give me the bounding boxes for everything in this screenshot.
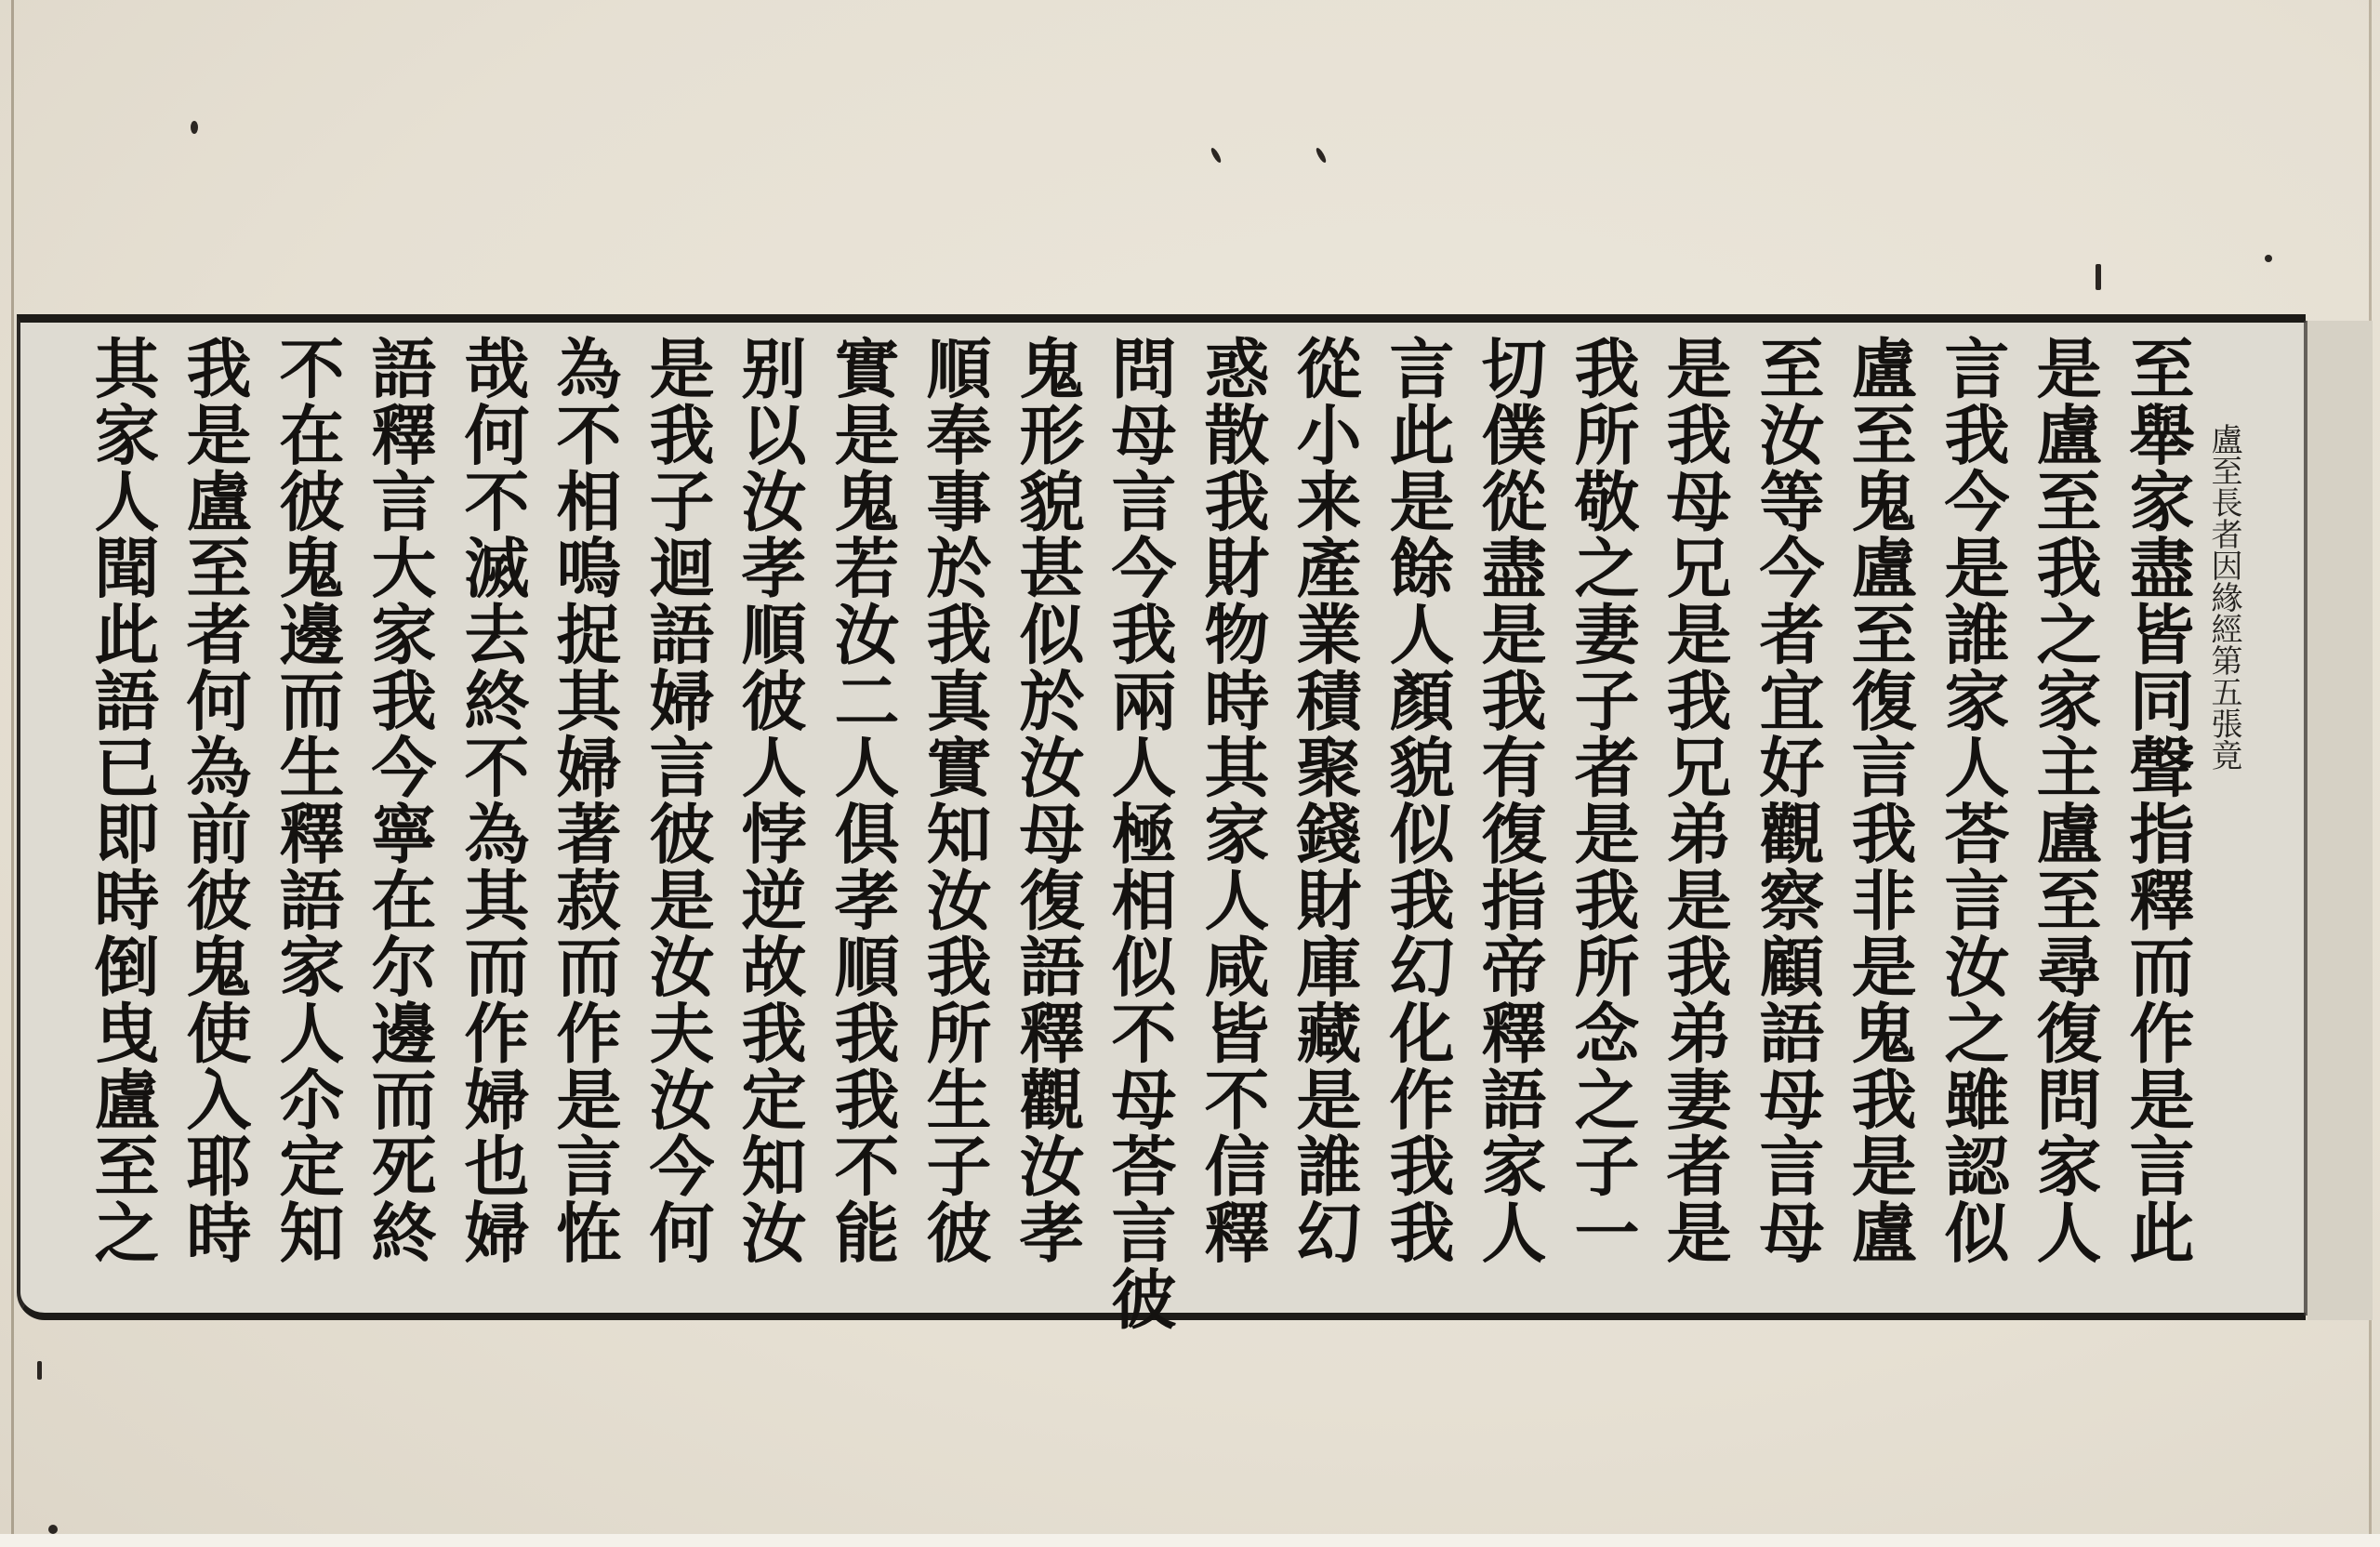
text-column-17: 是我子迴語婦言彼是汝夫汝今何 — [632, 335, 721, 1265]
text-column-10: 從小来產業積聚錢財庫藏是誰幻 — [1279, 335, 1368, 1265]
text-column-14: 順奉事於我真實知汝我所生子彼 — [909, 335, 998, 1265]
paper-speck — [191, 121, 198, 134]
text-column-16: 别以汝孝順彼人悖逆故我定知汝 — [724, 335, 813, 1265]
text-column-19: 哉何不滅去終不為其而作婦也婦 — [447, 335, 536, 1265]
paper-speck — [37, 1361, 42, 1380]
text-column-15: 實是鬼若汝二人俱孝順我我不能 — [817, 335, 906, 1265]
text-column-7: 我所敬之妻子者是我所念之子一 — [1557, 335, 1646, 1265]
text-column-23: 其家人聞此語已即時倒曳盧至之 — [77, 335, 166, 1265]
text-column-22: 我是盧至者何為前彼鬼使入耶時 — [169, 335, 258, 1265]
margin-note-end-mark: 竟 — [2205, 739, 2242, 771]
text-column-8: 切僕從盡是我有復指帝釋語家人 — [1464, 335, 1554, 1265]
text-column-6: 是我母兄是我兄弟是我弟妻者是 — [1649, 335, 1739, 1265]
text-column-9: 言此是餘人顏貌似我幻化作我我 — [1372, 335, 1461, 1265]
scan-bottom-edge — [0, 1534, 2380, 1547]
spine-line — [11, 0, 14, 1534]
margin-note: 盧至長者因緣經第五張竟 — [2203, 423, 2244, 771]
text-column-20: 語釋言大家我今寧在尔邊而死終 — [354, 335, 443, 1265]
margin-note-title: 盧至長者因緣經 — [2205, 423, 2242, 644]
margin-note-page-label: 第五張 — [2205, 644, 2242, 739]
text-frame-right-rule — [2304, 321, 2307, 1316]
text-column-11: 惑散我財物時其家人咸皆不信釋 — [1187, 335, 1276, 1265]
text-column-12: 問母言今我兩人極相似不母荅言彼 — [1094, 335, 1183, 1332]
text-column-13: 鬼形貌甚似於汝母復語釋觀汝孝 — [1002, 335, 1091, 1265]
text-column-5: 至汝等今者宜好觀察顧語母言母 — [1742, 335, 1831, 1265]
text-column-2: 是盧至我之家主盧至尋復問家人 — [2019, 335, 2109, 1265]
text-column-21: 不在彼鬼邊而生釋語家人尒定知 — [262, 335, 351, 1265]
text-column-18: 為不相嗚捉其婦著菽而作是言恠 — [539, 335, 628, 1265]
paper-speck — [2265, 255, 2272, 262]
text-column-4: 盧至鬼盧至復言我非是鬼我是盧 — [1834, 335, 1924, 1265]
text-column-1: 至舉家盡皆同聲指釋而作是言此 — [2112, 335, 2201, 1265]
text-column-3: 言我今是誰家人荅言汝之雖認似 — [1927, 335, 2016, 1265]
paper-speck — [2096, 264, 2101, 290]
outer-margin — [2307, 321, 2373, 1320]
paper-speck — [48, 1525, 58, 1534]
